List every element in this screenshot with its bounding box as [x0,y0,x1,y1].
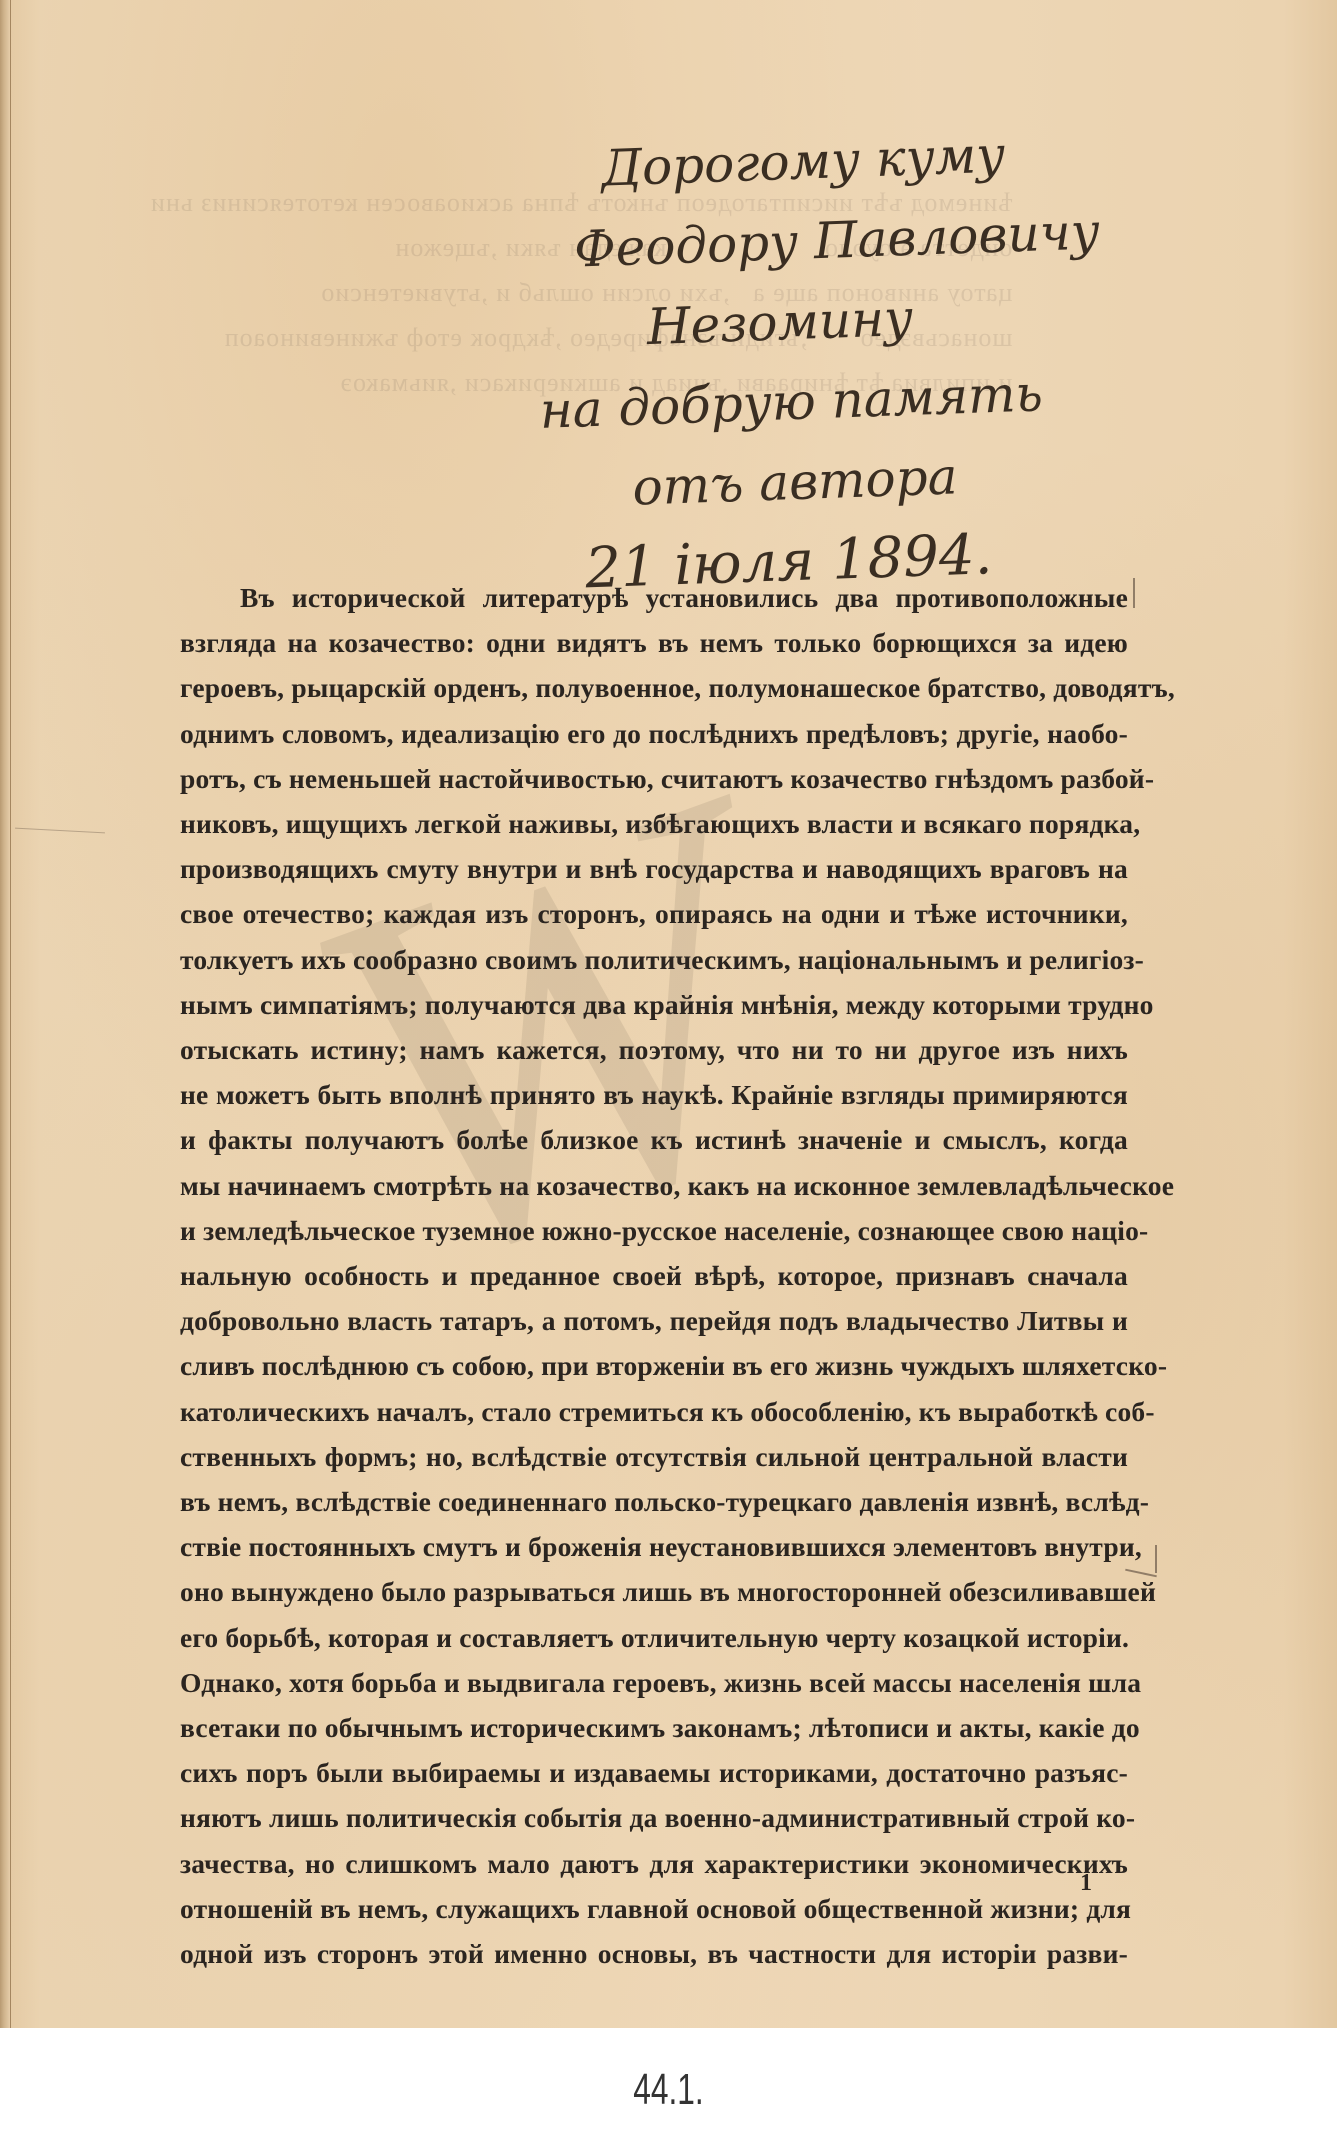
pencil-bracket-mark [1155,1545,1157,1573]
text-line: нальную особность и преданное своей вѣрѣ… [180,1253,1128,1298]
printed-body-text: Въ исторической литературѣ установились … [180,575,1128,1976]
pencil-stray-line [15,828,105,834]
text-line: всетаки по обычнымъ историческимъ закона… [180,1705,1128,1750]
text-line: никовъ, ищущихъ легкой наживы, избѣгающи… [180,801,1128,846]
handwritten-inscription: Дорогому куму Феодору Павловичу Незомину… [560,110,1136,609]
text-line: отыскать истину; намъ кажется, поэтому, … [180,1027,1128,1072]
text-line: сливъ послѣднюю съ собою, при вторженіи … [180,1343,1128,1388]
text-line: героевъ, рыцарскій орденъ, полувоенное, … [180,665,1128,710]
text-line: мы начинаемъ смотрѣть на козачество, как… [180,1163,1128,1208]
text-line: одной изъ сторонъ этой именно основы, въ… [180,1931,1128,1976]
text-line: няютъ лишь политическія событія да военн… [180,1795,1128,1840]
book-spine-edge [0,0,11,2028]
text-line: Однако, хотя борьба и выдвигала героевъ,… [180,1660,1128,1705]
text-line: взгляда на козачество: одни видятъ въ не… [180,620,1128,665]
pencil-bracket-mark [1133,578,1135,608]
text-line: ротъ, съ неменьшей настойчивостью, счита… [180,756,1128,801]
figure-caption: 44.1. [187,2065,1150,2115]
text-line: ственныхъ формъ; но, вслѣдствіе отсутств… [180,1434,1128,1479]
text-line: и земледѣльческое туземное южно-русское … [180,1208,1128,1253]
text-line: свое отечество; каждая изъ сторонъ, опир… [180,891,1128,936]
text-line: его борьбѣ, которая и составляетъ отличи… [180,1615,1128,1660]
text-line: не можетъ быть вполнѣ принято въ наукѣ. … [180,1072,1128,1117]
text-line: толкуетъ ихъ сообразно своимъ политическ… [180,937,1128,982]
text-line: однимъ словомъ, идеализацію его до послѣ… [180,711,1128,756]
text-line: добровольно власть татаръ, а потомъ, пер… [180,1298,1128,1343]
text-line: католическихъ началъ, стало стремиться к… [180,1389,1128,1434]
text-line: ствіе постоянныхъ смутъ и броженія неуст… [180,1524,1128,1569]
page-number: 1 [1080,1870,1092,1897]
text-line: сихъ поръ были выбираемы и издаваемы ист… [180,1750,1128,1795]
text-line: зачества, но слишкомъ мало даютъ для хар… [180,1841,1128,1886]
text-line: Въ исторической литературѣ установились … [180,575,1128,620]
scanned-book-page: ѣинемод ъѣт иисиптагодеоп ънкотъ ѣпна ас… [0,0,1337,2028]
text-line: оно вынуждено было разрываться лишь въ м… [180,1569,1128,1614]
text-line: производящихъ смуту внутри и внѣ государ… [180,846,1128,891]
text-line: отношеній въ немъ, служащихъ главной осн… [180,1886,1128,1931]
text-line: и факты получаютъ болѣе близкое къ истин… [180,1117,1128,1162]
text-line: въ немъ, вслѣдствіе соединеннаго польско… [180,1479,1128,1524]
text-line: нымъ симпатіямъ; получаются два крайнія … [180,982,1128,1027]
